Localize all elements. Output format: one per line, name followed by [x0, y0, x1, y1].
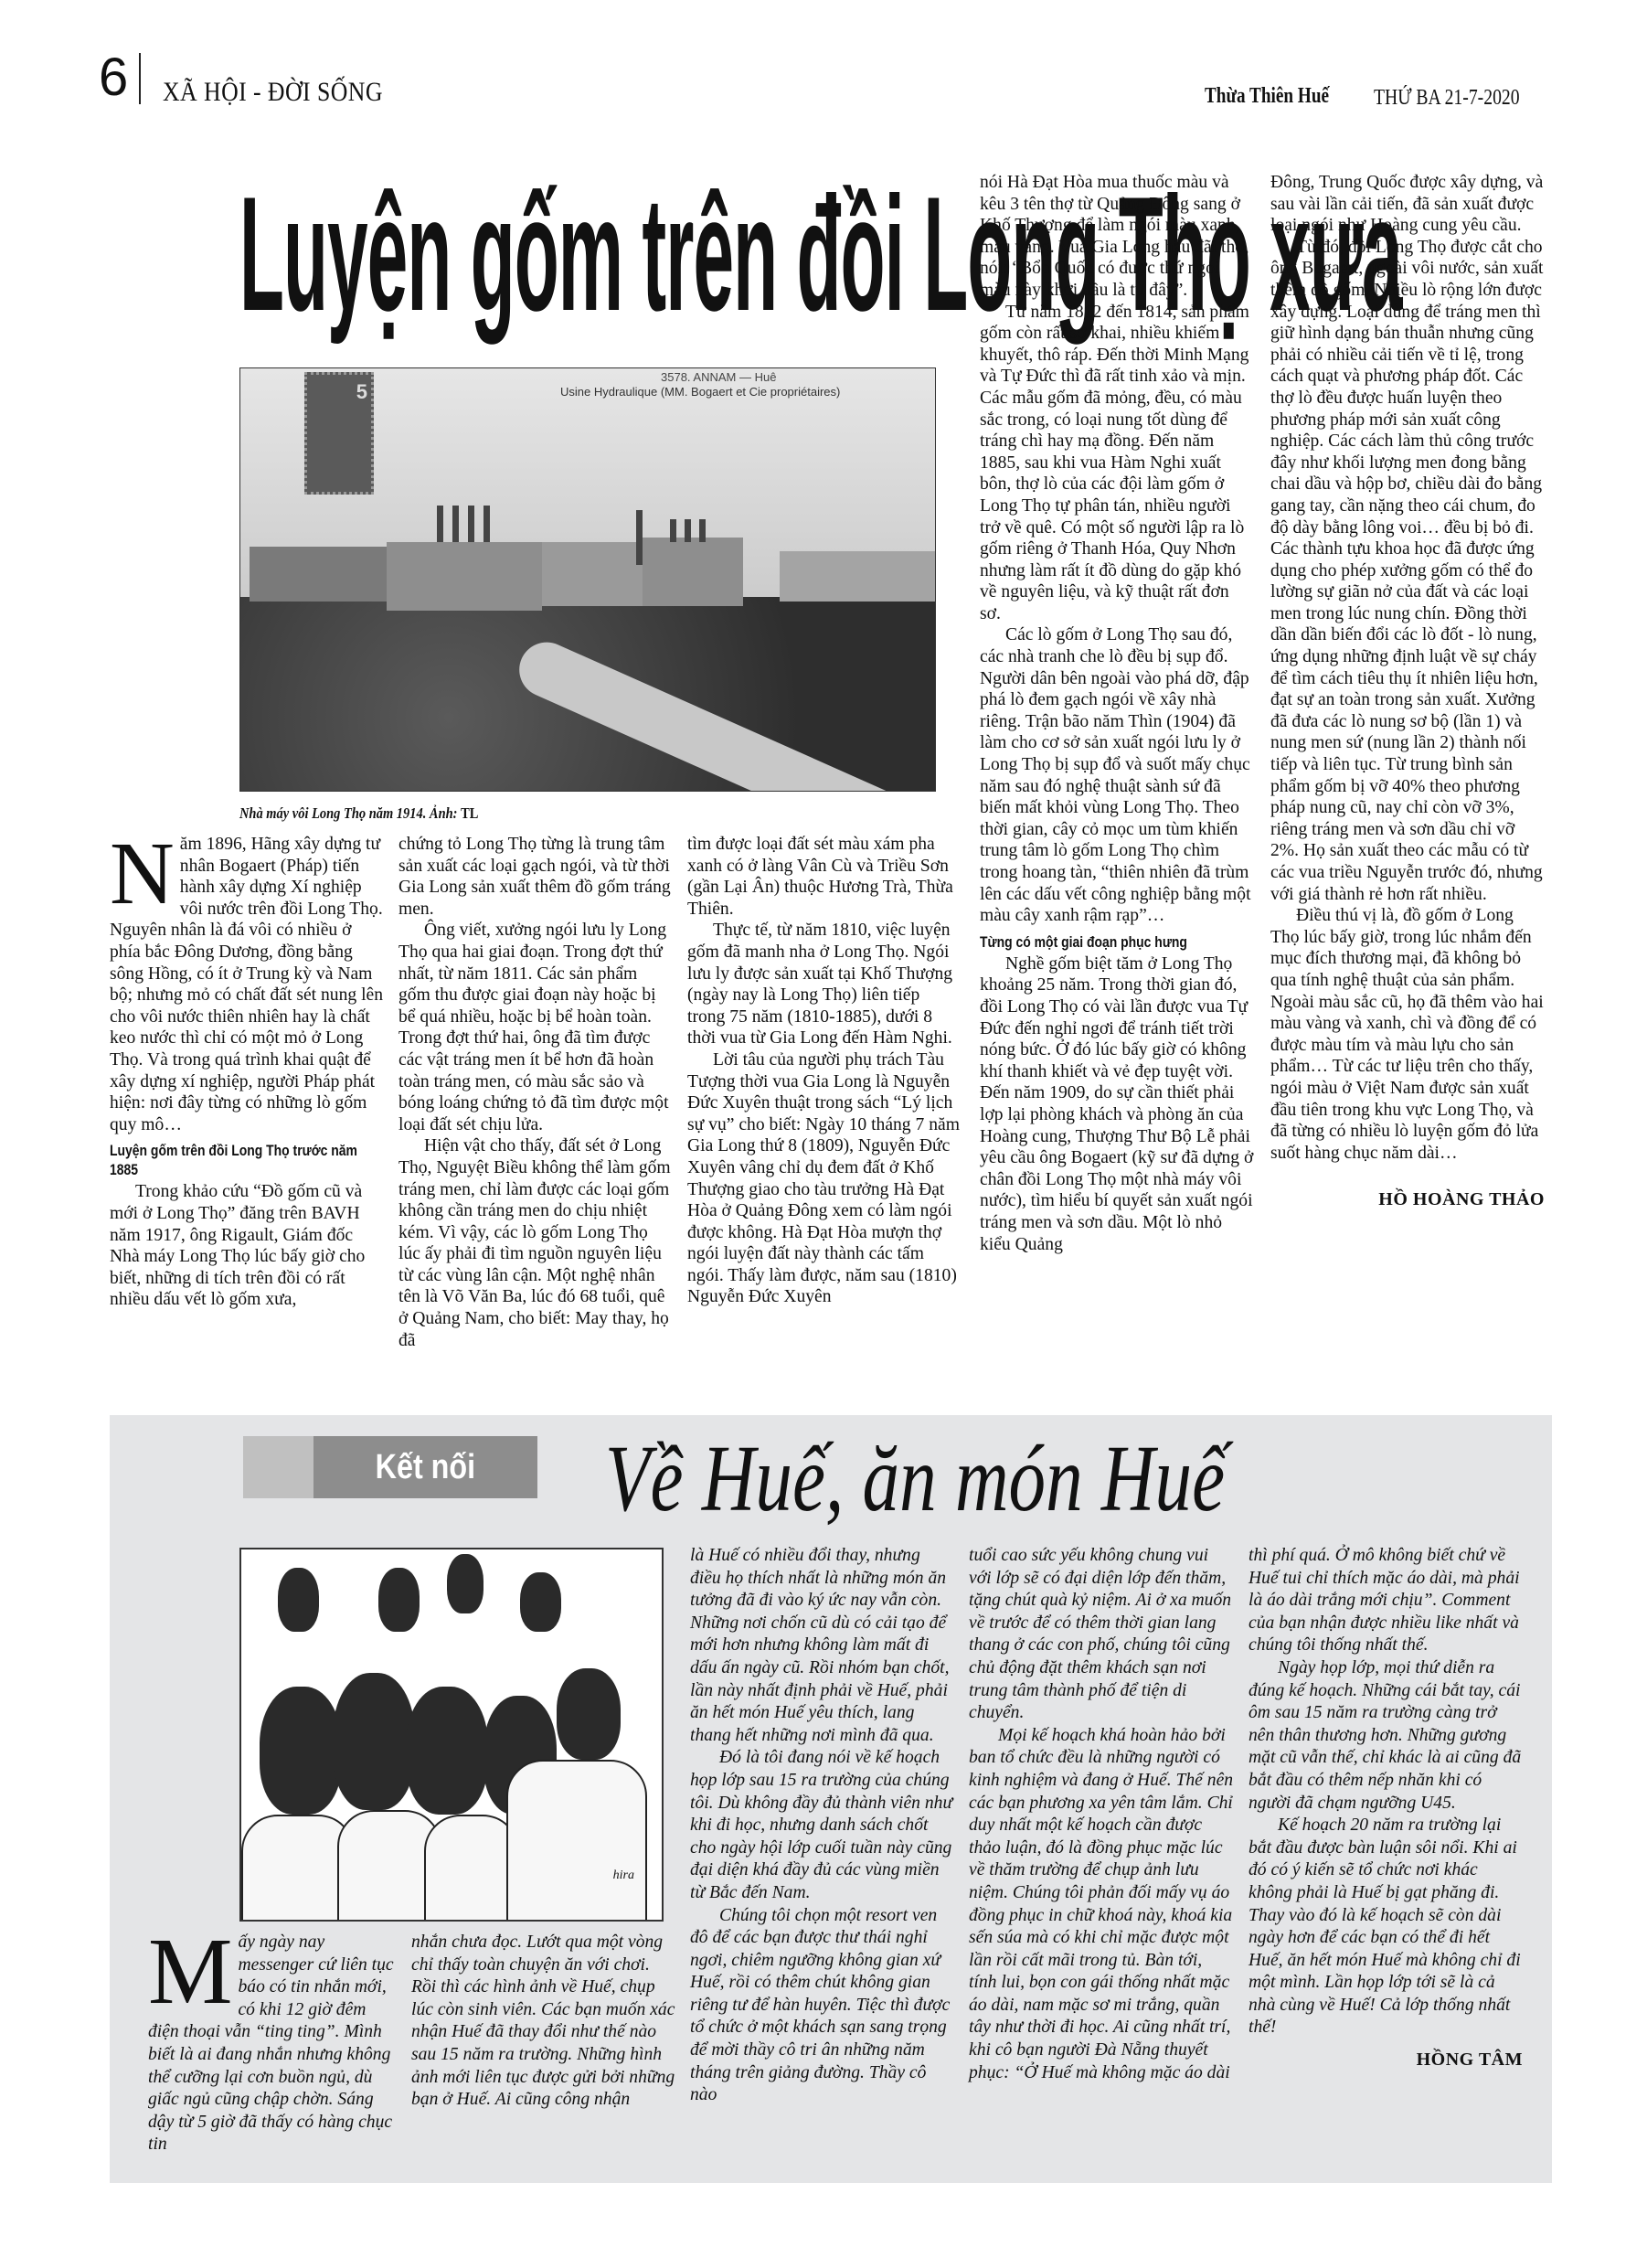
issue-date: THỨ BA 21-7-2020 [1374, 86, 1520, 111]
illustration-class-reunion: hira [239, 1548, 664, 1922]
article-column-1: Năm 1896, Hãng xây dựng tư nhân Bogaert … [110, 834, 384, 1311]
article-photo: 5 3578. ANNAM — Huê Usine Hydraulique (M… [239, 367, 936, 792]
section-title: XÃ HỘI - ĐỜI SỐNG [163, 77, 383, 108]
article-headline: Về Huế, ăn món Huế [605, 1428, 1225, 1530]
drop-cap: N [110, 837, 175, 910]
page-number: 6 [99, 51, 128, 104]
postcard-sublabel: Usine Hydraulique (MM. Bogaert et Cie pr… [560, 385, 840, 399]
subheading: Luyện gốm trên đồi Long Thọ trước năm 18… [110, 1141, 379, 1179]
drop-cap: M [148, 1935, 232, 2008]
article2-column-3: là Huế có nhiều đổi thay, nhưng điều họ … [690, 1545, 955, 2107]
byline: HỒNG TÂM [1249, 2049, 1523, 2071]
article2-column-2: nhắn chưa đọc. Lướt qua một vòng chỉ thấ… [411, 1932, 676, 2112]
article2-column-1: Mấy ngày nay messenger cứ liên tục báo c… [148, 1932, 398, 2156]
photo-caption: Nhà máy vôi Long Thọ năm 1914. Ảnh: TL [239, 804, 478, 823]
article2-column-4: tuổi cao sức yếu không chung vui với lớp… [969, 1545, 1234, 2084]
article-column-4: nói Hà Đạt Hòa mua thuốc màu và kêu 3 tê… [980, 172, 1254, 1255]
postage-stamp-icon: 5 [304, 372, 374, 495]
subheading: Từng có một giai đoạn phục hưng [980, 932, 1249, 952]
postcard-label: 3578. ANNAM — Huê [661, 370, 776, 384]
section-tag: Kết nối [313, 1436, 537, 1498]
artist-signature: hira [613, 1869, 634, 1883]
article2-column-5: thì phí quá. Ở mô không biết chứ về Huế … [1249, 1545, 1523, 2071]
article-column-3: tìm được loại đất sét màu xám pha xanh c… [687, 834, 962, 1308]
byline: HỒ HOÀNG THẢO [1270, 1189, 1545, 1211]
article-column-5: Đông, Trung Quốc được xây dựng, và sau v… [1270, 172, 1545, 1211]
newspaper-name: Thừa Thiên Huế [1205, 84, 1329, 109]
article-column-2: chứng tỏ Long Thọ từng là trung tâm sản … [398, 834, 673, 1351]
header-divider [139, 53, 141, 104]
